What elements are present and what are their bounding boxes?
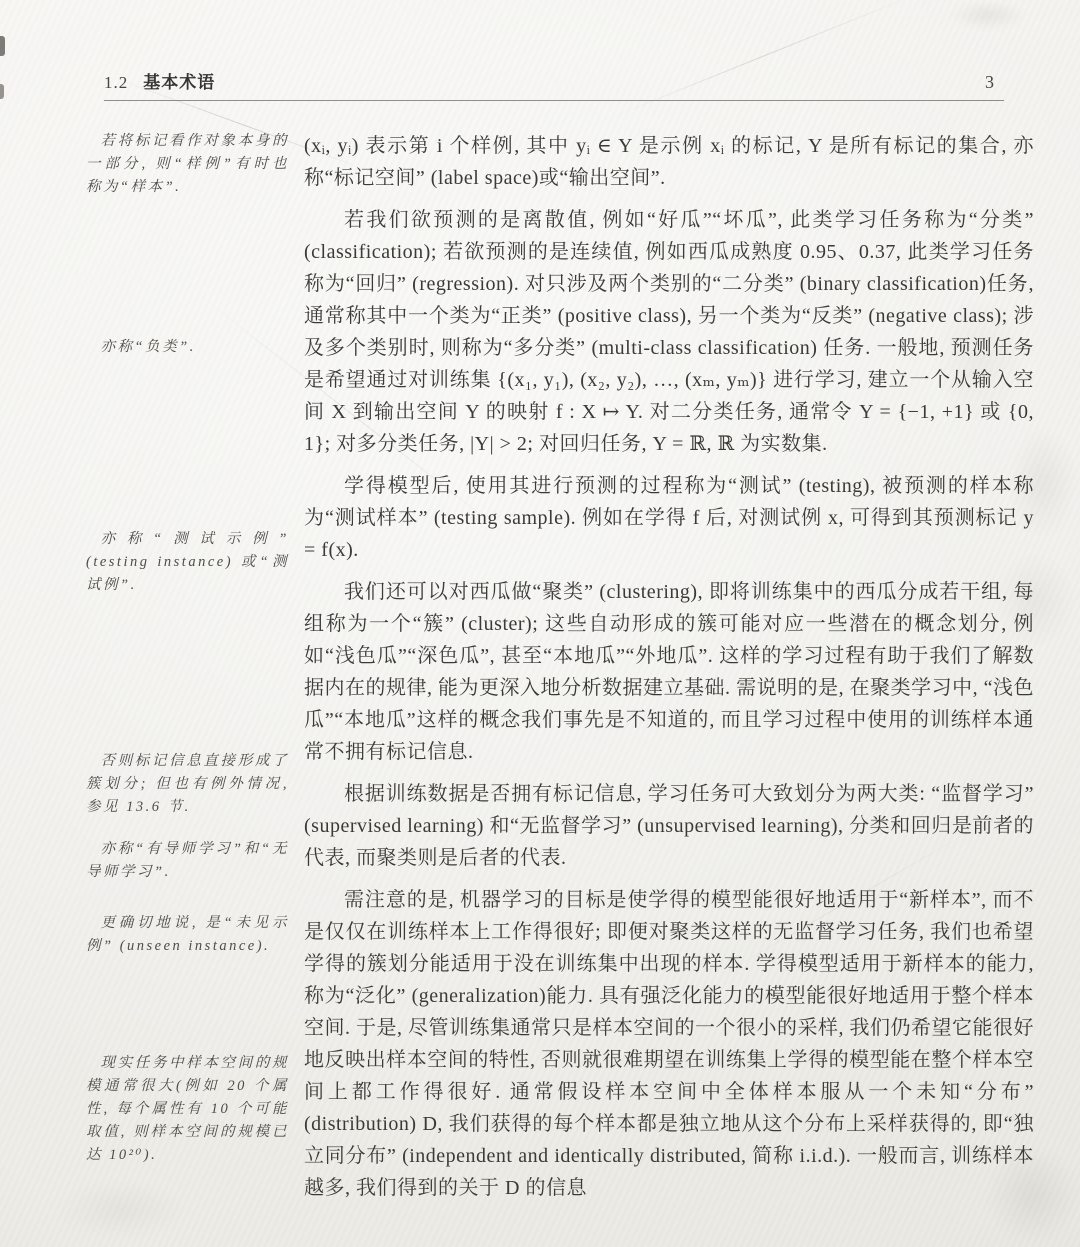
- section-number: 1.2: [104, 73, 128, 93]
- paragraph-clustering: 我们还可以对西瓜做“聚类” (clustering), 即将训练集中的西瓜分成若…: [304, 576, 1034, 768]
- paragraph-label-space: (xᵢ, yᵢ) 表示第 i 个样例, 其中 yᵢ ∈ Y 是示例 xᵢ 的标记…: [304, 130, 1034, 194]
- book-page: 1.2 基本术语 3 若将标记看作对象本身的一部分, 则“样例”有时也称为“样本…: [0, 0, 1080, 1247]
- margin-note-supervised-alias: 亦称“有导师学习”和“无导师学习”.: [86, 838, 289, 884]
- margin-note-sample-space-size: 现实任务中样本空间的规模通常很大(例如 20 个属性, 每个属性有 10 个可能…: [86, 1052, 289, 1167]
- page-number: 3: [985, 72, 994, 93]
- bleedthrough-smudge: [948, 0, 1028, 30]
- page-header: 1.2 基本术语 3: [104, 68, 1004, 101]
- running-head: 1.2 基本术语: [104, 68, 215, 93]
- paragraph-classification: 若我们欲预测的是离散值, 例如“好瓜”“坏瓜”, 此类学习任务称为“分类” (c…: [304, 204, 1034, 460]
- paragraph-testing: 学得模型后, 使用其进行预测的过程称为“测试” (testing), 被预测的样…: [304, 470, 1034, 566]
- margin-note-unseen-instance: 更确切地说, 是“未见示例” (unseen instance).: [86, 912, 289, 958]
- scan-edge-mark: [0, 36, 5, 56]
- scan-edge-mark: [0, 84, 4, 99]
- section-title: 基本术语: [143, 68, 215, 93]
- paragraph-supervised: 根据训练数据是否拥有标记信息, 学习任务可大致划分为两大类: “监督学习” (s…: [304, 778, 1034, 874]
- margin-note-sample-term: 若将标记看作对象本身的一部分, 则“样例”有时也称为“样本”.: [86, 130, 289, 199]
- margin-note-cluster-exception: 否则标记信息直接形成了簇划分; 但也有例外情况, 参见 13.6 节.: [86, 750, 289, 819]
- margin-note-negative-class: 亦称“负类”.: [86, 336, 289, 359]
- bleedthrough-smudge: [55, 1180, 185, 1240]
- margin-note-testing-instance: 亦称“测试示例” (testing instance) 或“测试例”.: [86, 528, 289, 597]
- body-text-column: (xᵢ, yᵢ) 表示第 i 个样例, 其中 yᵢ ∈ Y 是示例 xᵢ 的标记…: [304, 130, 1034, 1214]
- paragraph-generalization: 需注意的是, 机器学习的目标是使学得的模型能很好地适用于“新样本”, 而不是仅仅…: [304, 884, 1034, 1204]
